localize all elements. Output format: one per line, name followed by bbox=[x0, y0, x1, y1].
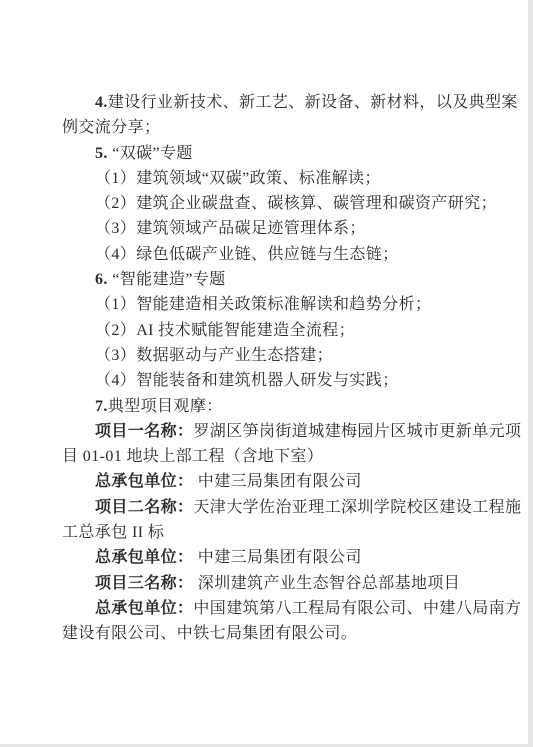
label-run: 总承包单位： bbox=[95, 473, 193, 490]
text-run: 罗湖区笋岗街道城建梅园片区城市更新单元项 bbox=[193, 423, 521, 440]
text-line: （2）AI 技术赋能智能建造全流程； bbox=[62, 318, 476, 343]
label-run: 项目三名称： bbox=[95, 575, 193, 592]
label-run: 项目二名称： bbox=[95, 499, 193, 516]
text-line: 6. “智能建造”专题 bbox=[62, 267, 476, 292]
text-line: 例交流分享； bbox=[62, 115, 476, 140]
text-line: （3）数据驱动与产业生态搭建； bbox=[62, 343, 476, 368]
text-run: 中国建筑第八工程局有限公司、中建八局南方 bbox=[193, 600, 521, 617]
text-line: （3）建筑领域产品碳足迹管理体系； bbox=[62, 216, 476, 241]
label-run: 4. bbox=[95, 94, 108, 111]
text-run: （1）智能建造相关政策标准解读和趋势分析； bbox=[95, 296, 431, 313]
text-run: （4）绿色低碳产业链、供应链与生态链； bbox=[95, 246, 399, 263]
text-line: 目 01-01 地块上部工程（含地下室） bbox=[62, 444, 476, 469]
text-line: 项目二名称：天津大学佐治亚理工深圳学院校区建设工程施 bbox=[62, 495, 476, 520]
label-run: 5. bbox=[95, 145, 108, 162]
label-run: 总承包单位： bbox=[95, 600, 193, 617]
text-line: 总承包单位： 中建三局集团有限公司 bbox=[62, 545, 476, 570]
text-block: 4.建设行业新技术、新工艺、新设备、新材料，以及典型案例交流分享；5. “双碳”… bbox=[62, 90, 476, 647]
text-line: 项目三名称： 深圳建筑产业生态智谷总部基地项目 bbox=[62, 571, 476, 596]
text-line: 工总承包 II 标 bbox=[62, 520, 476, 545]
text-run: 目 01-01 地块上部工程（含地下室） bbox=[62, 448, 323, 465]
label-run: 总承包单位： bbox=[95, 549, 193, 566]
text-run: 天津大学佐治亚理工深圳学院校区建设工程施 bbox=[193, 499, 521, 516]
text-run: 典型项目观摩： bbox=[108, 398, 223, 415]
text-line: 总承包单位：中国建筑第八工程局有限公司、中建八局南方 bbox=[62, 596, 476, 621]
text-line: 5. “双碳”专题 bbox=[62, 141, 476, 166]
document-page: 4.建设行业新技术、新工艺、新设备、新材料，以及典型案例交流分享；5. “双碳”… bbox=[0, 0, 528, 744]
text-run: （3）数据驱动与产业生态搭建； bbox=[95, 347, 333, 364]
text-run: 深圳建筑产业生态智谷总部基地项目 bbox=[193, 575, 460, 592]
text-line: （1）建筑领域“双碳”政策、标准解读； bbox=[62, 166, 476, 191]
text-line: 7.典型项目观摩： bbox=[62, 394, 476, 419]
text-run: “智能建造”专题 bbox=[108, 271, 226, 288]
text-run: 建设有限公司、中铁七局集团有限公司。 bbox=[62, 625, 357, 642]
text-run: 建设行业新技术、新工艺、新设备、新材料，以及典型案 bbox=[108, 94, 518, 111]
text-run: （4）智能装备和建筑机器人研发与实践； bbox=[95, 372, 399, 389]
text-run: 例交流分享； bbox=[62, 119, 160, 136]
text-line: （1）智能建造相关政策标准解读和趋势分析； bbox=[62, 292, 476, 317]
text-run: （2）AI 技术赋能智能建造全流程； bbox=[95, 322, 355, 339]
label-run: 6. bbox=[95, 271, 108, 288]
text-run: （2）建筑企业碳盘查、碳核算、碳管理和碳资产研究； bbox=[95, 195, 497, 212]
label-run: 项目一名称： bbox=[95, 423, 193, 440]
text-line: 建设有限公司、中铁七局集团有限公司。 bbox=[62, 621, 476, 646]
text-run: “双碳”专题 bbox=[108, 145, 193, 162]
label-run: 7. bbox=[95, 398, 108, 415]
text-line: （4）绿色低碳产业链、供应链与生态链； bbox=[62, 242, 476, 267]
text-run: 工总承包 II 标 bbox=[62, 524, 164, 541]
text-line: （2）建筑企业碳盘查、碳核算、碳管理和碳资产研究； bbox=[62, 191, 476, 216]
text-run: （1）建筑领域“双碳”政策、标准解读； bbox=[95, 170, 381, 187]
text-run: 中建三局集团有限公司 bbox=[193, 473, 361, 490]
text-line: 4.建设行业新技术、新工艺、新设备、新材料，以及典型案 bbox=[62, 90, 476, 115]
text-run: 中建三局集团有限公司 bbox=[193, 549, 361, 566]
text-line: 总承包单位： 中建三局集团有限公司 bbox=[62, 469, 476, 494]
text-run: （3）建筑领域产品碳足迹管理体系； bbox=[95, 220, 366, 237]
text-line: （4）智能装备和建筑机器人研发与实践； bbox=[62, 368, 476, 393]
text-line: 项目一名称：罗湖区笋岗街道城建梅园片区城市更新单元项 bbox=[62, 419, 476, 444]
